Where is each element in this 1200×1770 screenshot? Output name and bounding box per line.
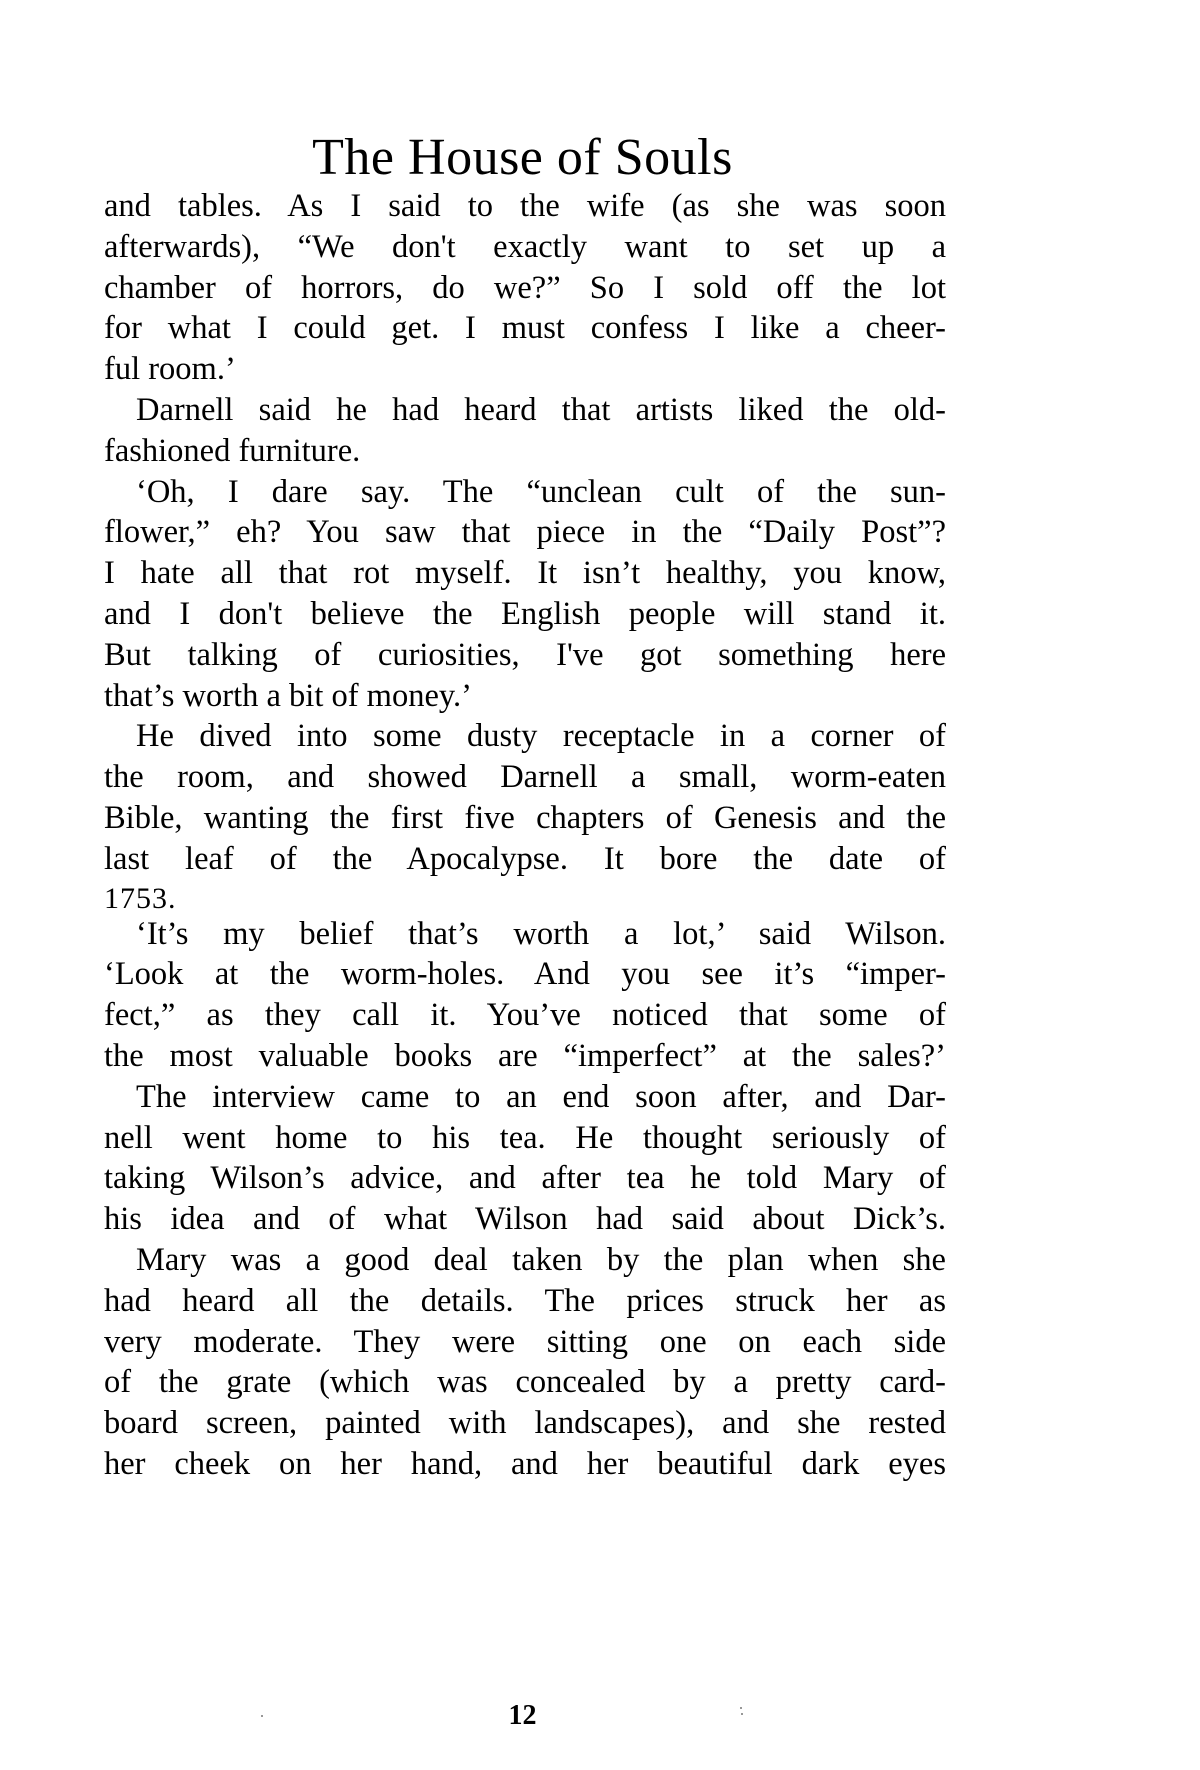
text-line: ful room.’ — [104, 349, 946, 390]
text-line: Darnell said he had heard that artists l… — [104, 390, 946, 431]
text-line: for what I could get. I must confess I l… — [104, 308, 946, 349]
text-line: The interview came to an end soon after,… — [104, 1077, 946, 1118]
text-line: ‘It’s my belief that’s worth a lot,’ sai… — [104, 914, 946, 955]
text-line: very moderate. They were sitting one on … — [104, 1322, 946, 1363]
text-line: and tables. As I said to the wife (as sh… — [104, 186, 946, 227]
text-line: He dived into some dusty receptacle in a… — [104, 716, 946, 757]
text-line: ‘Look at the worm-holes. And you see it’… — [104, 954, 946, 995]
text-line: the most valuable books are “imperfect” … — [104, 1036, 946, 1077]
text-line: her cheek on her hand, and her beautiful… — [104, 1444, 946, 1485]
text-line: Bible, wanting the first five chapters o… — [104, 798, 946, 839]
book-page: The House of Souls and tables. As I said… — [0, 0, 1200, 1770]
text-line: board screen, painted with landscapes), … — [104, 1403, 946, 1444]
text-line: the room, and showed Darnell a small, wo… — [104, 757, 946, 798]
text-line: of the grate (which was concealed by a p… — [104, 1362, 946, 1403]
text-line: chamber of horrors, do we?” So I sold of… — [104, 268, 946, 309]
running-head: The House of Souls — [0, 128, 1045, 188]
text-line: nell went home to his tea. He thought se… — [104, 1118, 946, 1159]
text-line: Mary was a good deal taken by the plan w… — [104, 1240, 946, 1281]
text-line: flower,” eh? You saw that piece in the “… — [104, 512, 946, 553]
text-line: his idea and of what Wilson had said abo… — [104, 1199, 946, 1240]
text-line: fect,” as they call it. You’ve noticed t… — [104, 995, 946, 1036]
text-line: taking Wilson’s advice, and after tea he… — [104, 1158, 946, 1199]
text-line: last leaf of the Apocalypse. It bore the… — [104, 839, 946, 880]
body-text: and tables. As I said to the wife (as sh… — [104, 186, 946, 1485]
text-line: that’s worth a bit of money.’ — [104, 676, 946, 717]
text-line: and I don't believe the English people w… — [104, 594, 946, 635]
page-number: 12 — [0, 1700, 1045, 1732]
text-line: fashioned furniture. — [104, 431, 946, 472]
text-line: But talking of curiosities, I've got som… — [104, 635, 946, 676]
text-line: 1753. — [104, 880, 946, 914]
text-line: I hate all that rot myself. It isn’t hea… — [104, 553, 946, 594]
text-line: ‘Oh, I dare say. The “unclean cult of th… — [104, 472, 946, 513]
text-line: afterwards), “We don't exactly want to s… — [104, 227, 946, 268]
text-line: had heard all the details. The prices st… — [104, 1281, 946, 1322]
